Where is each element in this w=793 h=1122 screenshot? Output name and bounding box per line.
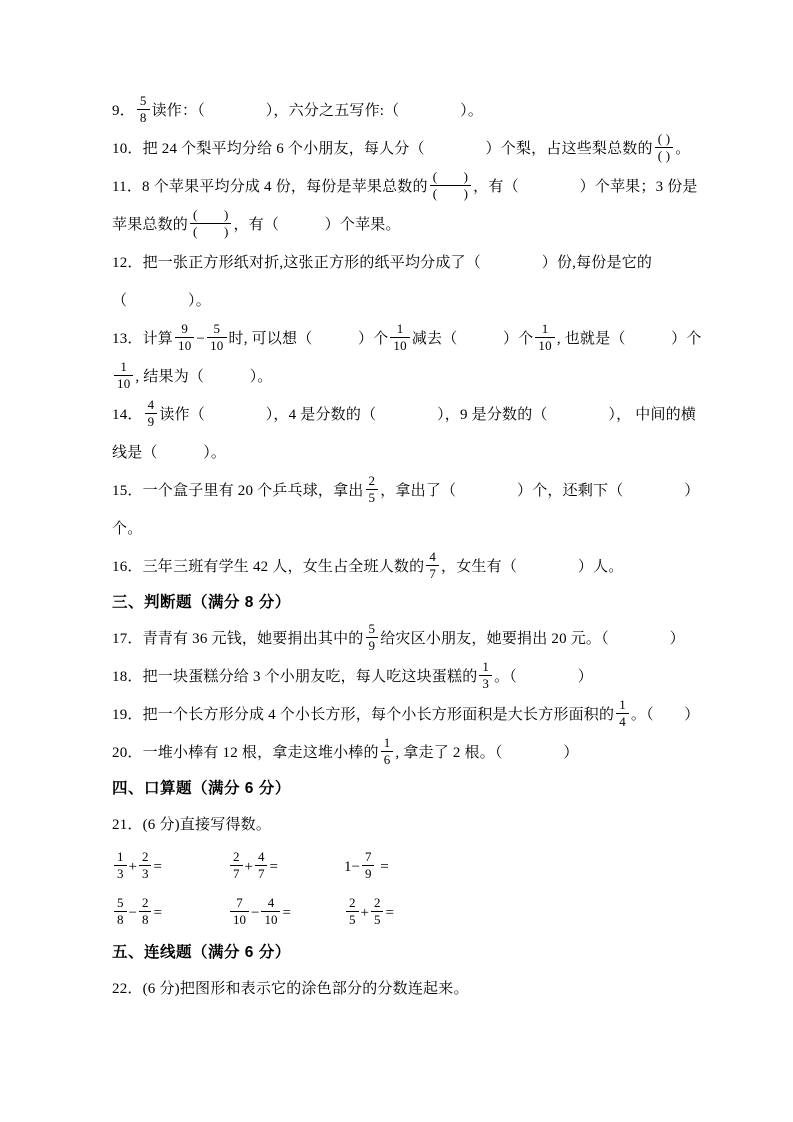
question-line: 15．一个盒子里有 20 个乒乓球，拿出25，拿出了（ ）个，还剩下（ ）个。 [112,472,705,548]
fraction-denominator: 7 [230,866,243,881]
math-expression: 710−410= [228,890,344,936]
fraction-numerator: 9 [175,322,194,338]
fraction-numerator: 7 [362,850,375,866]
fraction-numerator: 2 [139,896,152,912]
fraction: 23 [139,850,152,880]
fraction-denominator: 7 [426,566,439,581]
fraction-denominator: 9 [362,866,375,881]
fraction-numerator: 2 [230,850,243,866]
fraction: 13 [479,660,492,690]
fraction-denominator: 9 [366,638,379,653]
fraction-numerator: 1 [381,736,394,752]
question-line: 17．青青有 36 元钱，她要捐出其中的59给灾区小朋友，她要捐出 20 元。（… [112,620,705,658]
fraction-denominator: 7 [255,866,268,881]
section-heading: 四、口算题（满分 6 分） [112,772,705,806]
fraction: 28 [139,896,152,926]
question-line: 20．一堆小棒有 12 根，拿走这堆小棒的16, 拿走了 2 根。（ ） [112,734,705,772]
fraction: 25 [366,474,379,504]
fraction-numerator: ( ) [190,208,231,224]
fraction-denominator: ( ) [655,148,674,163]
fraction: 27 [230,850,243,880]
fraction-numerator: 1 [616,698,629,714]
fraction-numerator: ( ) [655,132,674,148]
section-heading: 五、连线题（满分 6 分） [112,936,705,970]
question-line: 19．把一个长方形分成 4 个小长方形，每个小长方形面积是大长方形面积的14。（… [112,696,705,734]
fraction-numerator: 5 [114,896,127,912]
fraction: 410 [261,896,280,926]
fraction: 25 [346,896,359,926]
fraction-denominator: 10 [207,338,226,353]
math-expression: 27+47= [228,844,344,890]
fraction-denominator: 6 [381,752,394,767]
question-line: 21．(6 分)直接写得数。 [112,806,705,844]
fraction-numerator: 1 [479,660,492,676]
worksheet-page: 9．58读作：（ ），六分之五写作:（ ）。10．把 24 个梨平均分给 6 个… [0,0,793,1122]
question-line: 12．把一张正方形纸对折,这张正方形的纸平均分成了（ ）份,每份是它的（ ）。 [112,244,705,320]
fraction-denominator: 10 [230,912,249,927]
fraction-numerator: 2 [371,896,384,912]
fraction: 110 [390,322,409,352]
fraction-numerator: 4 [145,398,158,414]
fraction: ( )( ) [430,170,471,200]
question-line: 14．49读作（ ），4 是分数的（ ），9 是分数的（ ）， 中间的横线是（ … [112,396,705,472]
oral-calculation-row: 58−28=710−410=25+25= [112,890,705,936]
fraction: 47 [426,550,439,580]
fraction-numerator: 2 [346,896,359,912]
fraction-numerator: 5 [137,94,150,110]
fraction: 110 [114,360,133,390]
fraction-denominator: 5 [371,912,384,927]
fraction-numerator: 4 [255,850,268,866]
fraction-numerator: 1 [390,322,409,338]
fraction: 58 [137,94,150,124]
fraction-denominator: 10 [175,338,194,353]
fraction: 25 [371,896,384,926]
question-line: 10．把 24 个梨平均分给 6 个小朋友，每人分（ ）个梨，占这些梨总数的( … [112,130,705,168]
fraction-numerator: 2 [139,850,152,866]
question-line: 16．三年三班有学生 42 人，女生占全班人数的47，女生有（ ）人。 [112,548,705,586]
fraction-numerator: 4 [426,550,439,566]
fraction-denominator: 3 [479,676,492,691]
fraction: ( )( ) [190,208,231,238]
fraction: 13 [114,850,127,880]
fraction-numerator: 1 [535,322,554,338]
section-heading: 三、判断题（满分 8 分） [112,586,705,620]
math-expression: 1−79 = [344,844,460,890]
fraction-numerator: 5 [207,322,226,338]
fraction-numerator: 1 [114,360,133,376]
fraction-denominator: 8 [137,110,150,125]
fraction-denominator: 4 [616,714,629,729]
fraction-numerator: 7 [230,896,249,912]
fraction-denominator: ( ) [190,224,231,239]
fraction-denominator: 9 [145,414,158,429]
fraction: 510 [207,322,226,352]
fraction-denominator: 5 [346,912,359,927]
fraction: 16 [381,736,394,766]
fraction-numerator: 2 [366,474,379,490]
oral-calculation-row: 13+23=27+47=1−79 = [112,844,705,890]
fraction: 710 [230,896,249,926]
fraction: 79 [362,850,375,880]
question-line: 13．计算910−510时, 可以想（ ）个110减去（ ）个110, 也就是（… [112,320,705,396]
fraction-numerator: ( ) [430,170,471,186]
fraction-denominator: 10 [535,338,554,353]
question-line: 22．(6 分)把图形和表示它的涂色部分的分数连起来。 [112,970,705,1008]
fraction: 58 [114,896,127,926]
fraction-denominator: 10 [114,376,133,391]
question-line: 11．8 个苹果平均分成 4 份，每份是苹果总数的( )( )，有（ ）个苹果；… [112,168,705,244]
fraction: ( )( ) [655,132,674,162]
fraction-numerator: 4 [261,896,280,912]
fraction: 59 [366,622,379,652]
fraction-denominator: ( ) [430,186,471,201]
question-line: 18．把一块蛋糕分给 3 个小朋友吃，每人吃这块蛋糕的13。（ ） [112,658,705,696]
fraction: 14 [616,698,629,728]
fraction-denominator: 3 [114,866,127,881]
question-line: 9．58读作：（ ），六分之五写作:（ ）。 [112,92,705,130]
fraction: 910 [175,322,194,352]
fraction-numerator: 1 [114,850,127,866]
fraction-denominator: 5 [366,490,379,505]
fraction-denominator: 8 [139,912,152,927]
math-expression: 13+23= [112,844,228,890]
math-expression: 58−28= [112,890,228,936]
fraction: 110 [535,322,554,352]
fraction-denominator: 10 [390,338,409,353]
fraction-denominator: 10 [261,912,280,927]
fraction-denominator: 8 [114,912,127,927]
fraction-numerator: 5 [366,622,379,638]
math-expression: 25+25= [344,890,460,936]
fraction: 49 [145,398,158,428]
fraction: 47 [255,850,268,880]
fraction-denominator: 3 [139,866,152,881]
